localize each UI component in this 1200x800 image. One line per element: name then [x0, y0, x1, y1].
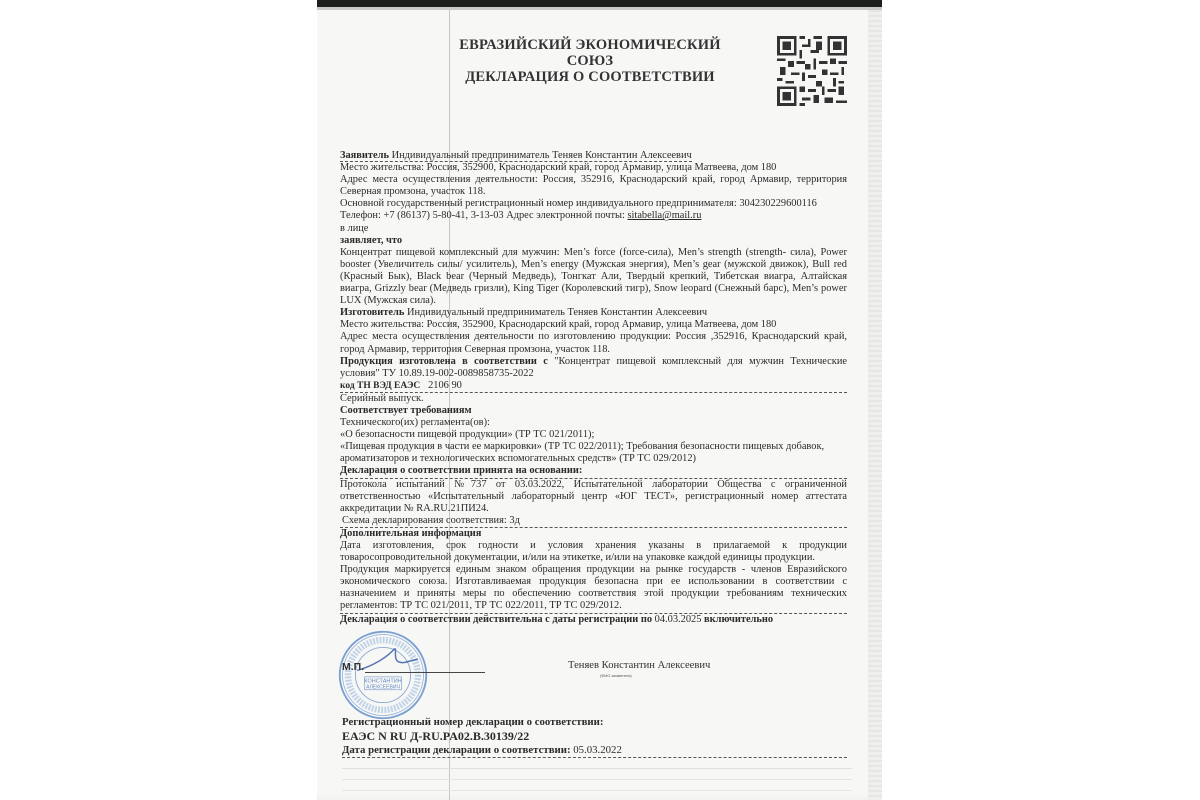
- made-per-label: Продукция изготовлена в соответствии с: [340, 356, 548, 367]
- compliance-reg-1: «О безопасности пищевой продукции» (ТР Т…: [340, 429, 847, 441]
- scan-right-edge: [868, 10, 882, 800]
- applicant-email-link[interactable]: sitabella@mail.ru: [628, 210, 702, 221]
- serial-release: Серийный выпуск.: [340, 393, 847, 405]
- scan-top-edge-shadow: [317, 7, 882, 10]
- svg-text:АЛЕКСЕЕВИЧ: АЛЕКСЕЕВИЧ: [366, 684, 400, 690]
- tn-ved-label: код ТН ВЭД ЕАЭС: [340, 381, 420, 391]
- applicant-activity-address: Адрес места осуществления деятельности: …: [340, 174, 847, 198]
- manufacturer-name: Индивидуальный предприниматель Теняев Ко…: [407, 307, 707, 318]
- header-title: ДЕКЛАРАЦИЯ О СООТВЕТСТВИИ: [440, 69, 740, 85]
- registration-date-label: Дата регистрации декларации о соответств…: [342, 744, 571, 756]
- show-through-text: [342, 758, 852, 791]
- registration-number-label: Регистрационный номер декларации о соотв…: [342, 716, 847, 729]
- tn-ved-value: 2106 90: [428, 380, 462, 391]
- declaration-body: Заявитель Индивидуальный предприниматель…: [340, 150, 847, 626]
- product-description: Концентрат пищевой комплексный для мужчи…: [340, 247, 847, 307]
- signature-line: [365, 672, 485, 673]
- basis-label: Декларация о соответствии принята на осн…: [340, 465, 582, 476]
- manufacturer-production-address: Адрес места осуществления деятельности п…: [340, 331, 847, 355]
- manufacturer-residence: Место жительства: Россия, 352900, Красно…: [340, 319, 847, 331]
- validity-suffix: включительно: [704, 614, 773, 625]
- compliance-label: Соответствует требованиям: [340, 405, 847, 417]
- round-seal-stamp-icon: КОНСТАНТИН АЛЕКСЕЕВИЧ: [337, 629, 429, 721]
- seal-place-label: М.П.: [342, 661, 364, 673]
- basis-protocol: Протокола испытаний №737 от 03.03.2022, …: [340, 479, 847, 515]
- additional-info-label: Дополнительная информация: [340, 528, 847, 540]
- applicant-name: Индивидуальный предприниматель Теняев Ко…: [392, 150, 692, 161]
- registration-block: Регистрационный номер декларации о соотв…: [342, 716, 847, 758]
- compliance-regs-intro: Технического(их) регламента(ов):: [340, 417, 847, 429]
- scan-top-edge: [317, 0, 882, 7]
- registration-number: ЕАЭС N RU Д-RU.PA02.B.30139/22: [342, 729, 847, 743]
- applicant-in-person: в лице: [340, 223, 847, 235]
- additional-info-p2: Продукция маркируется единым знаком обра…: [340, 564, 847, 613]
- registration-date: 05.03.2022: [573, 744, 622, 756]
- validity-prefix: Декларация о соответствии действительна …: [340, 614, 652, 625]
- qr-code-icon: [777, 36, 847, 106]
- validity-date: 04.03.2025: [655, 614, 702, 625]
- basis-scheme: Схема декларирования соответствия: 3д: [340, 515, 847, 528]
- signer-caption: (ФИО заявителя): [600, 673, 632, 678]
- additional-info-p1: Дата изготовления, срок годности и услов…: [340, 540, 847, 564]
- applicant-label: Заявитель: [340, 150, 389, 161]
- document-header: ЕВРАЗИЙСКИЙ ЭКОНОМИЧЕСКИЙ СОЮЗ ДЕКЛАРАЦИ…: [440, 37, 740, 85]
- applicant-ogrnip: Основной государственный регистрационный…: [340, 198, 847, 210]
- compliance-reg-2: «Пищевая продукция в части ее маркировки…: [340, 441, 847, 465]
- applicant-residence: Место жительства: Россия, 352900, Красно…: [340, 162, 847, 174]
- applicant-contacts: Телефон: +7 (86137) 5-80-41, 3-13-03 Адр…: [340, 210, 628, 221]
- declares-label: заявляет, что: [340, 235, 847, 247]
- manufacturer-label: Изготовитель: [340, 307, 404, 318]
- header-union: ЕВРАЗИЙСКИЙ ЭКОНОМИЧЕСКИЙ СОЮЗ: [440, 37, 740, 69]
- signer-name: Теняев Константин Алексеевич: [568, 660, 710, 671]
